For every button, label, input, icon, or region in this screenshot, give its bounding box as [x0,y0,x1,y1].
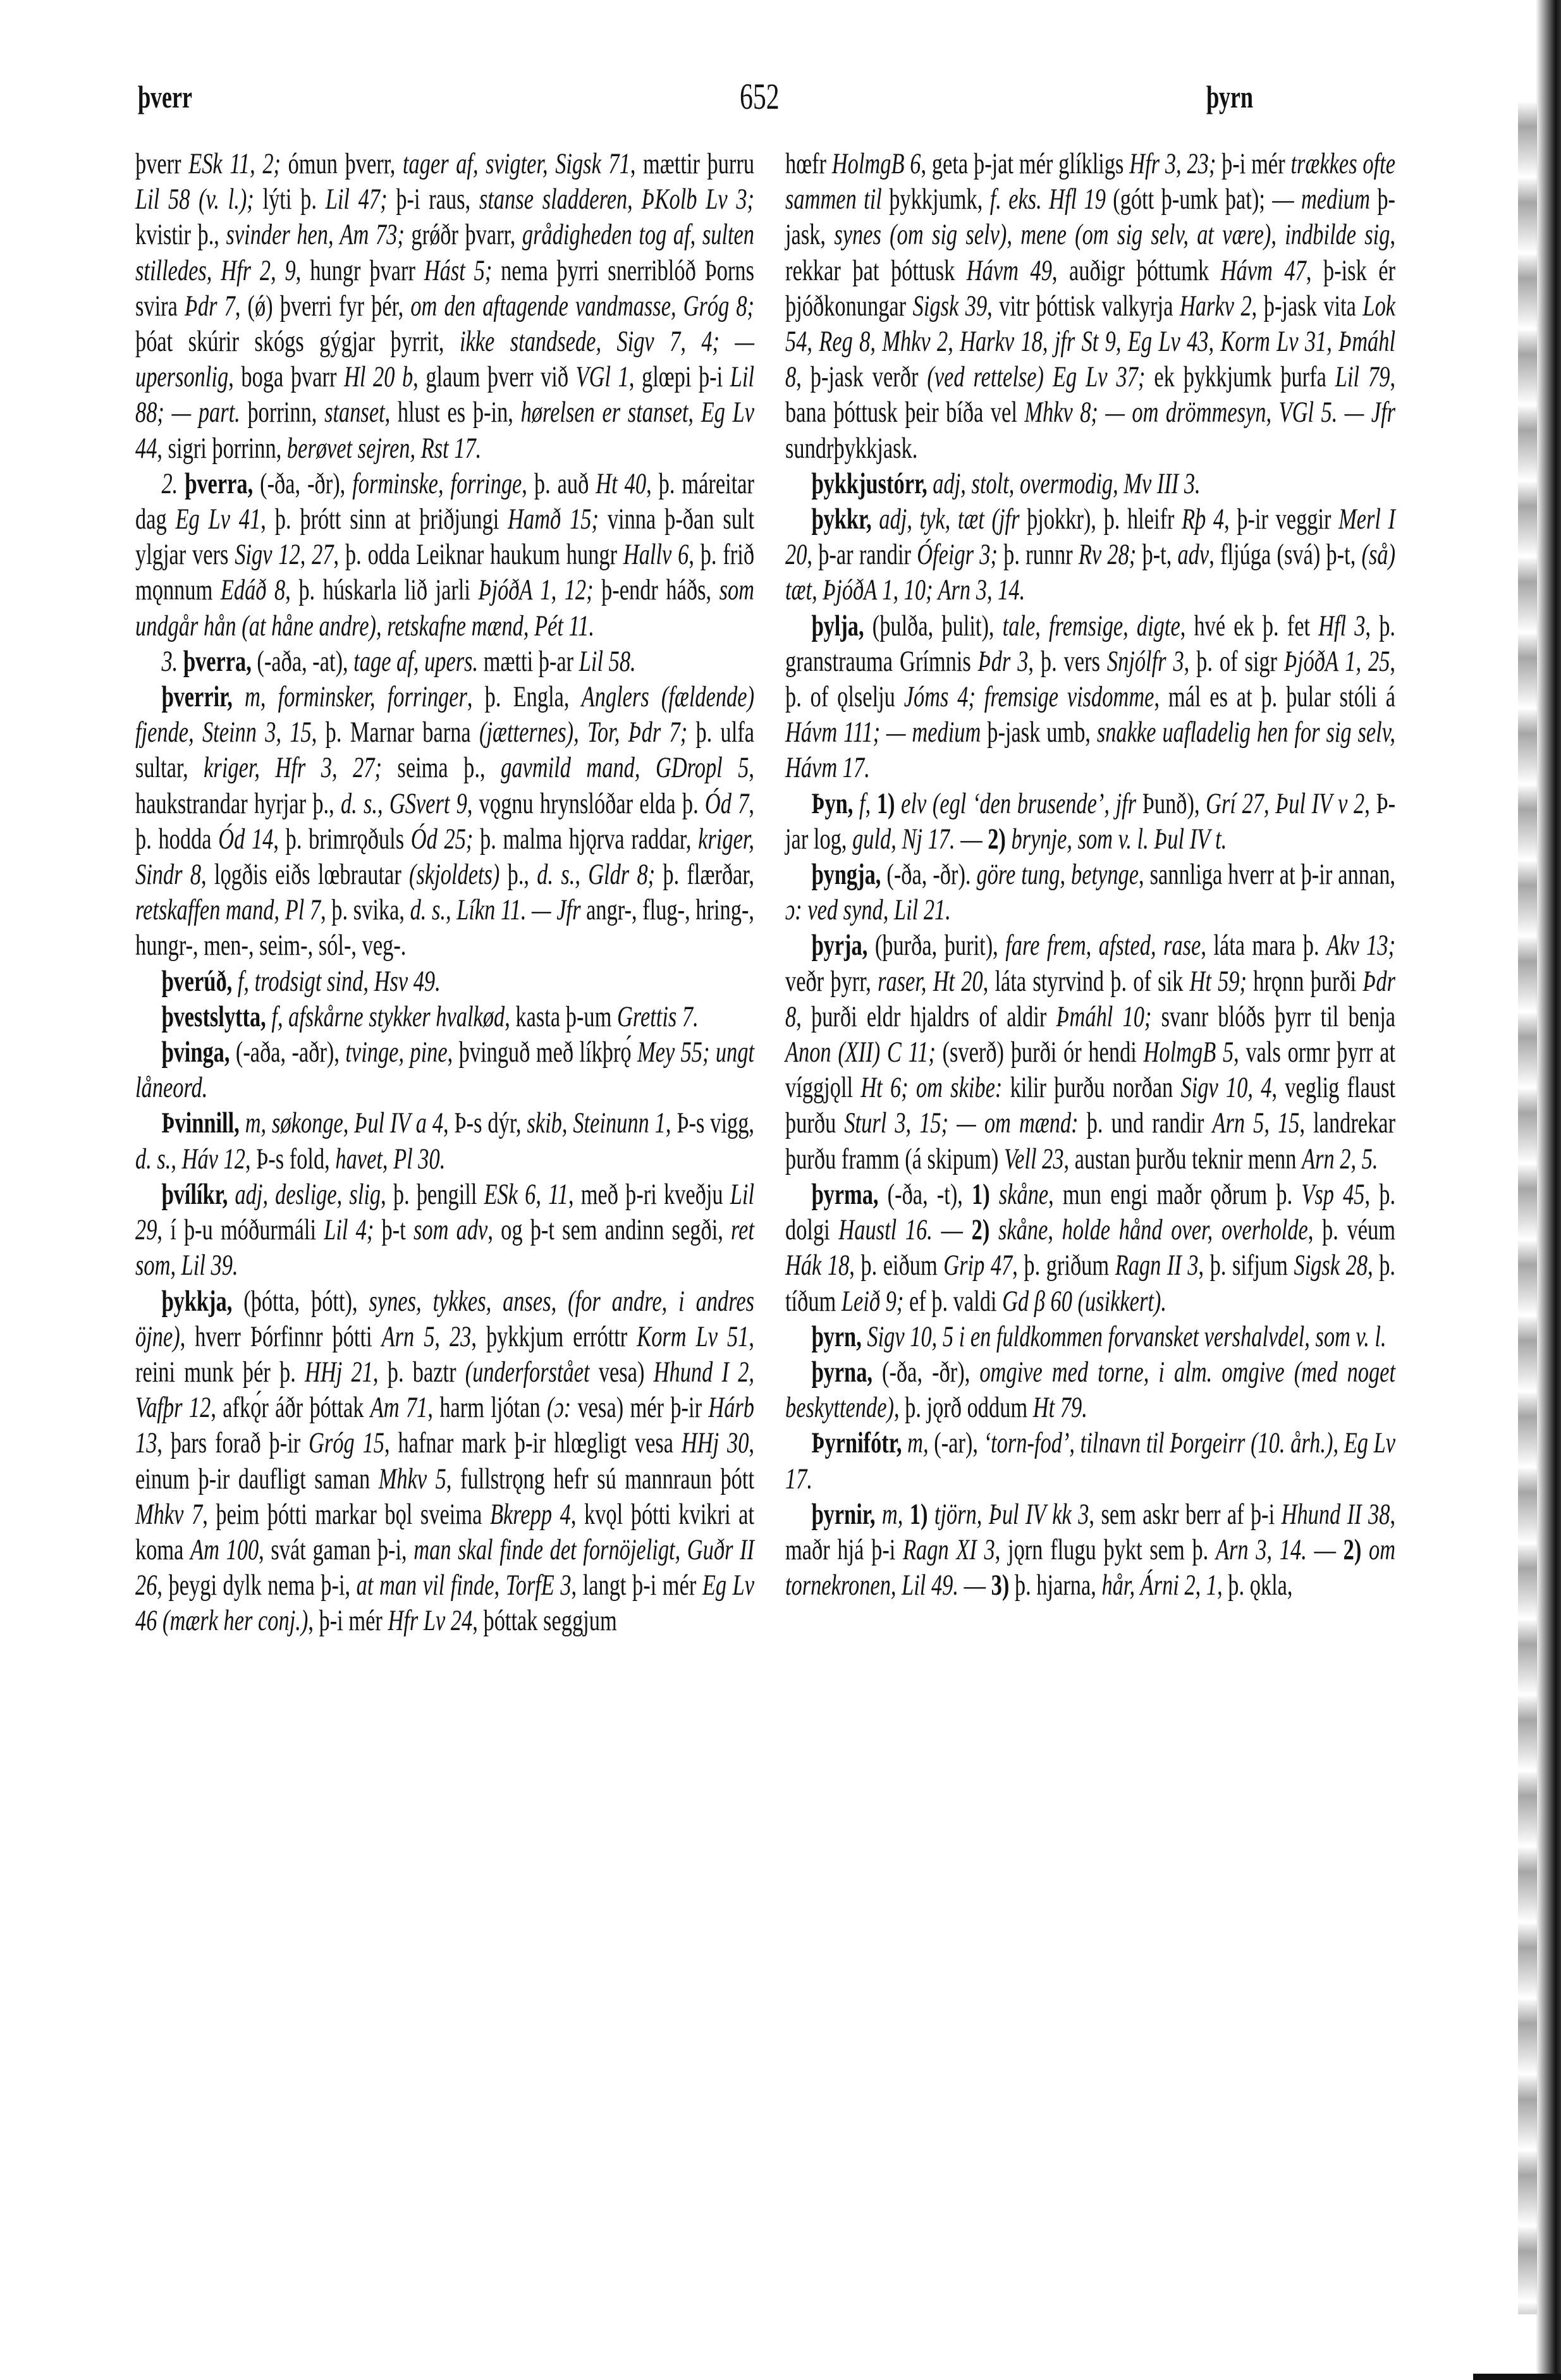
italic-text: Hamð 15; [508,503,599,536]
text: grǿðr þvarr, [405,219,522,251]
text: , láta styrvind þ. of sik [983,966,1190,998]
dictionary-entry: þyngja, (-ða, -ðr). göre tung, betynge, … [785,857,1395,928]
headword: 1) [972,1179,990,1211]
italic-text: adv [1178,539,1209,571]
italic-text: Eg Lv 41 [176,503,261,536]
italic-text: Ht 40 [596,468,646,500]
text: , Þ-s vigg, [666,1107,754,1139]
text: , vitr þóttisk valkyrja [987,290,1180,322]
italic-text: stanset [324,396,385,429]
text [266,1001,272,1033]
headword: 2) [988,823,1006,856]
text: , þ. sifjum [1199,1249,1294,1282]
text: , mál es at þ. þular stóli á [1154,681,1395,713]
headword: þyrna, [811,1356,872,1389]
headword: þverúð, [161,966,232,998]
italic-text: Gd β 60 (usikkert). [1002,1285,1166,1318]
italic-text: Mhkv 5 [379,1463,446,1495]
italic-text: Ragn XI 3 [903,1534,995,1566]
text: þjokkr), þ. hleifr [1019,503,1182,536]
italic-text: Ht 6; om skibe: [860,1072,1002,1104]
text: , þ. jǫrð oddum [894,1392,1033,1424]
text: , þ. eiðum [849,1249,943,1282]
headword: þyrma, [811,1179,878,1211]
headword: 1) [877,788,895,820]
italic-text: Ht 79. [1033,1392,1087,1424]
text: þ. malma hjǫrva raddar, [473,823,698,856]
italic-text: (skjoldets) [409,859,499,891]
text: , þeim þótti markar bǫl sveima [202,1499,490,1531]
text: (-aða, -aðr), [230,1036,346,1069]
text: hrǫnn þurði [1247,966,1362,998]
italic-text: berøvet sejren, Rst 17. [287,432,481,465]
text: , þ-ir veggir [1224,503,1338,536]
text: , þ-jask verðr [796,361,927,393]
left-column: þverr ESk 11, 2; ómun þverr, tager af, s… [135,147,755,1640]
text [853,788,859,820]
italic-text: tale, fremsige, digte [1003,610,1180,642]
text: þverr [135,148,188,180]
dictionary-entry: þyrn, Sigv 10, 5 i en fuldkommen forvans… [785,1320,1395,1355]
text: þorrinn, [240,396,324,429]
italic-text: HolmgB 5 [1144,1036,1234,1069]
italic-text: Bkrepp 4 [490,1499,571,1531]
text: , þ. of sigr [1184,646,1284,678]
italic-text: adj, tyk, tæt (jfr [879,503,1019,536]
italic-text: Lil 79 [1335,361,1390,393]
text [927,468,933,500]
text: , í þ-u móðurmáli [157,1214,324,1246]
italic-text: retskaffen mand, Pl 7 [135,894,321,926]
italic-text: Hfr Lv 24 [388,1605,472,1637]
text: vesa) mér þ-ir [571,1392,708,1424]
text: þ. runnr [998,539,1079,571]
text [875,1499,881,1531]
text: sundrþykkjask. [785,432,917,465]
italic-text: elv (egl ‘den brusende’, jfr [901,788,1136,820]
text [1006,823,1012,856]
headword: þyrja, [811,929,867,962]
italic-text: Ófeigr 3; [917,539,998,571]
text: , glœpi þ-i [629,361,730,393]
italic-text: ÞjóðA 1, 25 [1284,646,1390,678]
text [989,1214,998,1246]
text: , þ. baztr [373,1356,465,1389]
text: (þótta, þótt), [232,1285,369,1318]
text: þ. und randir [1079,1107,1213,1139]
headword: Þvinnill, [161,1107,239,1139]
text: , þ-i mér [308,1605,388,1637]
italic-text: Am 71 [370,1392,428,1424]
text: (þurða, þurit), [867,929,1005,962]
italic-text: ÞjóðA 1, 12; [478,574,593,606]
italic-text: 3. [161,646,183,678]
text: — [933,1214,972,1246]
dictionary-entry: þyrja, (þurða, þurit), fare frem, afsted… [785,928,1395,1177]
text: (-ða, -ðr), [253,468,352,500]
headword: þykkr, [811,503,871,536]
dictionary-entry: þverrir, m, forminsker, forringer, þ. En… [135,680,754,964]
text: , þ. þrótt sinn at þriðjungi [260,503,508,536]
text: , glaum þverr við [413,361,575,393]
italic-text: Rv 28; [1079,539,1136,571]
text [1361,1534,1369,1566]
italic-text: (ved rettelse) Eg Lv 37; [927,361,1145,393]
text: , þ-ar randir [807,539,917,571]
headword: þylja, [811,610,864,642]
text: kvistir þ., [135,219,226,251]
italic-text: Hl 20 b [344,361,413,393]
text: , þ. Marnar barna [312,716,479,749]
italic-text: brynje, som v. l. Þul IV t. [1011,823,1227,856]
dictionary-entry: þvinga, (-aða, -aðr), tvinge, pine, þvin… [135,1035,754,1106]
italic-text: hår, Árni 2, 1 [1101,1569,1217,1602]
italic-text: gavmild mand, GDropl 5 [501,752,749,784]
text: , þ. svika, [321,894,410,926]
text: , mættir þurru [630,148,754,180]
italic-text: Þmáhl 10; [1056,1001,1152,1033]
text: (-ar), [929,1427,984,1459]
italic-text: Leið 9; [842,1285,903,1318]
italic-text: Hfr 3, 23; [1129,148,1216,180]
text: , harm ljótan [427,1392,547,1424]
text: , með þ-ri kveðju [568,1179,730,1211]
italic-text: havet, Pl 30. [335,1143,445,1175]
text: , hverr Þórfinnr þótti [180,1321,382,1353]
italic-text: ESk 11, 2; [188,148,281,180]
headword: þykkja, [161,1285,232,1318]
italic-text: fare frem, afsted, rase [1005,929,1201,962]
italic-text: Snjólfr 3 [1107,646,1184,678]
text: , þ. brimrǫðuls [273,823,410,856]
italic-text: Hávm 111; — medium [785,716,981,749]
italic-text: tage af, upers. [353,646,478,678]
text [902,1427,907,1459]
page-bottom-edge [1473,2374,1561,2380]
text: , þ. véum [1308,1214,1395,1246]
italic-text: tvinge, pine [345,1036,447,1069]
italic-text: (underforstået [465,1356,590,1389]
text: ef þ. valdi [903,1285,1002,1318]
headword: 1) [910,1499,928,1531]
text: , þ. þengill [381,1179,484,1211]
italic-text: stanse sladderen, ÞKolb Lv 3; [479,183,754,216]
dictionary-entry: þvestslytta, f, afskårne stykker hvalkød… [135,1000,754,1035]
text: , hafnar mark þ-ir hlœgligt vesa [384,1427,682,1459]
text: þ-i mér [1216,148,1290,180]
italic-text: Grip 47 [943,1249,1012,1282]
text: , þ. griðum [1012,1249,1115,1282]
text: , afkǫ́r áðr þóttak [211,1392,370,1424]
italic-text: f, afskårne stykker hvalkød [271,1001,505,1033]
italic-text: 2. [161,468,185,500]
text: , þ. vers [1028,646,1106,678]
italic-text: f. eks. Hfl 19 [990,183,1106,216]
italic-text: tjörn, Þul IV kk 3 [934,1499,1089,1531]
text: , þ-jask vita [1252,290,1363,322]
italic-text: Hfl 3 [1318,610,1365,642]
text [990,1179,999,1211]
headword: Þyrnifótr, [811,1427,902,1459]
italic-text: Hávm 47 [1221,255,1306,287]
text: lýti þ. [254,183,326,216]
dictionary-entry: þykkr, adj, tyk, tæt (jfr þjokkr), þ. hl… [785,502,1395,609]
text: veðr þyrr, [785,966,878,998]
italic-text: d. s., Háv 12 [135,1143,245,1175]
headword: þverra, [183,646,252,678]
text: , þvinguð með líkþrǫ́ [448,1036,637,1069]
headword: þvílíkr, [161,1179,228,1211]
italic-text: d. s., Líkn 11. — Jfr [410,894,581,926]
text: , þ. odda Leiknar haukum hungr [334,539,623,571]
right-column-text: hœfr HolmgB 6, geta þ-jat mér glíkligs H… [785,147,1395,1604]
text: , þ. húskarla lið jarli [285,574,478,606]
headword: þyrn, [811,1321,861,1353]
text: (þulða, þulit), [864,610,1003,642]
italic-text: forminske, forringe [352,468,522,500]
text [862,1321,867,1353]
italic-text: guld, Nj 17. [852,823,955,856]
italic-text: Hák 18 [785,1249,849,1282]
text: , Þ-s dýr, [443,1107,527,1139]
headword: Þyn, [811,788,853,820]
italic-text: f, trodsigt sind, Hsv 49. [238,966,441,998]
dictionary-entry: þyrma, (-ða, -t), 1) skåne, mun engi mað… [785,1177,1395,1320]
dictionary-entry: þykkja, (þótta, þótt), synes, tykkes, an… [135,1284,754,1640]
headword: þvestslytta, [161,1001,266,1033]
italic-text: f, [859,788,871,820]
page-number: 652 [740,75,780,119]
right-guideword: þyrn [1206,75,1253,119]
entry-continuation: þverr ESk 11, 2; ómun þverr, tager af, s… [135,147,754,467]
italic-text: m, [907,1427,928,1459]
dictionary-entry: þyrnir, m, 1) tjörn, Þul IV kk 3, sem as… [785,1497,1395,1604]
italic-text: adj, stolt, overmodig, Mv III 3. [933,468,1200,500]
headword: þverrir, [161,681,232,713]
text: þóat skúrir skógs gýgjar þyrrit, [135,326,460,358]
italic-text: skib, Steinunn 1 [527,1107,665,1139]
page-header: þverr 652 þyrn [138,75,1396,132]
italic-text: Akv 13; [1326,929,1395,962]
italic-text: Gróg 15 [309,1427,384,1459]
text: , mun engi maðr ǫðrum þ. [1048,1179,1301,1211]
italic-text: ɔ: ved synd, Lil 21. [785,894,951,926]
italic-text: (ɔ: [547,1392,571,1424]
italic-text: Vell 23 [1004,1143,1064,1175]
italic-text: Jóms 4; fremsige visdomme [904,681,1154,713]
italic-text: medium [1301,183,1370,216]
italic-text: skåne [999,1179,1048,1211]
text: , þykkjum erróttr [471,1321,637,1353]
italic-text: Anon (XII) C 11; [785,1036,936,1069]
text [228,1179,235,1211]
italic-text: Þdr 7 [185,290,235,322]
italic-text: Rþ 4 [1182,503,1224,536]
dictionary-entry: þvílíkr, adj, deslige, slig, þ. þengill … [135,1177,754,1284]
headword: þvinga, [161,1036,230,1069]
text: (-ða, -t), [879,1179,972,1211]
italic-text: Mhkv 8; — om drömmesyn, VGl 5. — Jfr [1024,396,1395,429]
italic-text: HolmgB 6 [832,148,921,180]
text [871,788,877,820]
text: , kasta þ-um [505,1001,617,1033]
italic-text: Ht 59; [1189,966,1246,998]
italic-text: tager af, svigter, Sigsk 71 [403,148,630,180]
italic-text: Korm Lv 51 [637,1321,749,1353]
text: seima þ., [382,752,501,784]
text: svanr blóðs þyrr til benja [1151,1001,1395,1033]
text [903,1499,909,1531]
italic-text: om den aftagende vandmasse, Gróg 8; [410,290,754,322]
italic-text: göre tung, betynge [976,859,1139,891]
italic-text: Ód 25; [411,823,474,856]
text: , vǫgnu hrynslóðar elda þ. [467,788,705,820]
italic-text: (jætternes), Tor, Þdr 7; [479,716,687,749]
text: , hungr þvarr [296,255,424,287]
headword: 2) [1344,1534,1362,1566]
headword: þyngja, [811,859,881,891]
text: , fljúga (svá) þ-t, [1209,539,1361,571]
text: , sannliga hverr at þ-ir annan, [1139,859,1395,891]
italic-text: m, [882,1499,903,1531]
italic-text: adj, deslige, slig [235,1179,381,1211]
text: ómun þverr, [281,148,403,180]
text: þ-t [374,1214,413,1246]
text: , þ. auð [522,468,596,500]
italic-text: Am 100 [190,1534,259,1566]
text: , sem askr berr af þ-i [1089,1499,1281,1531]
italic-text: d. s., Gldr 8; [537,859,655,891]
italic-text: Ód 14 [218,823,273,856]
text: Þunð), [1136,788,1206,820]
left-column-text: þverr ESk 11, 2; ómun þverr, tager af, s… [135,147,754,1640]
text: , þóttak seggjum [472,1605,616,1637]
italic-text: synes (om sig selv), mene (om sig selv, … [834,219,1390,251]
italic-text: Sigsk 28 [1294,1249,1368,1282]
italic-text: at man vil finde, TorfE 3 [357,1569,572,1602]
italic-text: Hávm 49 [967,255,1052,287]
dictionary-entry: Þyn, f, 1) elv (egl ‘den brusende’, jfr … [785,787,1395,857]
text: (gótt þ-umk þat); — [1106,183,1301,216]
italic-text: Hhund II 38 [1282,1499,1390,1531]
text: , langt þ-i mér [572,1569,702,1602]
text [872,503,879,536]
text: mætti þ-ar [478,646,579,678]
italic-text: Lil 47; [326,183,388,216]
italic-text: Grettis 7. [617,1001,699,1033]
italic-text: Arn 5, 23 [382,1321,472,1353]
text: þ. hjarna, [1009,1569,1101,1602]
text: vesa) [590,1356,654,1389]
text: þ-jask umb, [981,716,1097,749]
text: þ-i raus, [388,183,479,216]
text: , þurði eldr hjaldrs of aldir [796,1001,1056,1033]
text: , sigri þorrinn, [157,432,286,465]
text: (-ða, -ðr), [872,1356,979,1389]
italic-text: kriger, Hfr 3, 27; [204,752,382,784]
text: , jǫrn flugu þykt sem þ. [995,1534,1216,1566]
text: , þeygi dylk nema þ-i, [157,1569,356,1602]
headword: þykkjustórr, [811,468,927,500]
dictionary-entry: þverúð, f, trodsigt sind, Hsv 49. [135,964,754,1000]
italic-text: Sigsk 39 [913,290,988,322]
italic-text: Hallv 6 [623,539,689,571]
italic-text: Haustl 16. [838,1214,932,1246]
headword: þverra, [185,468,253,500]
italic-text: HHj 21 [305,1356,373,1389]
italic-text: Sigv 12, 27 [235,539,333,571]
dictionary-entry: þykkjustórr, adj, stolt, overmodig, Mv I… [785,467,1395,502]
book-binding-shadow [1536,0,1561,2380]
italic-text: ESk 6, 11 [484,1179,568,1211]
text: (-aða, -at), [252,646,353,678]
text [240,1107,245,1139]
text: hœfr [785,148,832,180]
italic-text: Grí 27, Þul IV v 2 [1206,788,1364,820]
text: , hlust es þ-in, [385,396,521,429]
italic-text: m, forminsker, forringer [245,681,467,713]
text: , austan þurðu teknir menn [1064,1143,1302,1175]
text: , boga þvarr [228,361,344,393]
italic-text: HHj 30 [682,1427,749,1459]
italic-text: Harkv 2 [1180,290,1252,322]
entry-continuation: hœfr HolmgB 6, geta þ-jat mér glíkligs H… [785,147,1395,467]
italic-text: Lil 4; [324,1214,374,1246]
italic-text: Sturl 3, 15; — om mænd: [844,1107,1078,1139]
text [895,788,902,820]
text: , láta mara þ. [1201,929,1326,962]
italic-text: m, søkonge, Þul IV a 4 [245,1107,443,1139]
dictionary-entry: 3. þverra, (-aða, -at), tage af, upers. … [135,644,754,680]
dictionary-entry: 2. þverra, (-ða, -ðr), forminske, forrin… [135,467,754,644]
dictionary-entry: þyrna, (-ða, -ðr), omgive med torne, i a… [785,1355,1395,1426]
italic-text: Mhkv 7 [135,1499,202,1531]
headword: 3) [991,1569,1010,1602]
dictionary-entry: Þvinnill, m, søkonge, Þul IV a 4, Þ-s dý… [135,1106,754,1177]
text: , Þ-s fold, [245,1143,335,1175]
italic-text: Arn 2, 5. [1302,1143,1378,1175]
italic-text: skåne, holde hånd over, overholde [998,1214,1308,1246]
text: , (ǿ) þverri fyr þér, [235,290,411,322]
italic-text: svinder hen, Am 73; [226,219,404,251]
text: — [955,823,988,856]
italic-text: d. s., GSvert 9 [341,788,467,820]
text: þykkjumk, [882,183,990,216]
text: — [958,1569,991,1602]
italic-text: Arn 5, 15 [1212,1107,1299,1139]
italic-text: Sigv 10, 4 [1181,1072,1272,1104]
italic-text: Þdr 3 [978,646,1029,678]
italic-text: Vsp 45 [1301,1179,1364,1211]
italic-text: Lil 58 (v. l.); [135,183,254,216]
headword: 2) [972,1214,990,1246]
text: , þars forað þ-ir [157,1427,309,1459]
italic-text: Edáð 8 [221,574,285,606]
italic-text: Lil 58. [579,646,636,678]
text: , og þ-t sem andinn segði, [487,1214,731,1246]
text: , þ. ǫkla, [1217,1569,1292,1602]
right-column: hœfr HolmgB 6, geta þ-jat mér glíkligs H… [785,147,1396,1604]
text: , auðigr þóttumk [1052,255,1221,287]
headword: þyrnir, [811,1499,875,1531]
left-guideword: þverr [138,75,192,119]
text: (sverð) þurði ór hendi [936,1036,1144,1069]
text: — [1307,1534,1344,1566]
italic-text: som adv [413,1214,487,1246]
text: kilir þurðu norðan [1002,1072,1180,1104]
italic-text: Sigv 10, 5 i en fuldkommen forvansket ve… [867,1321,1386,1353]
text: þ-endr háðs, [594,574,719,606]
